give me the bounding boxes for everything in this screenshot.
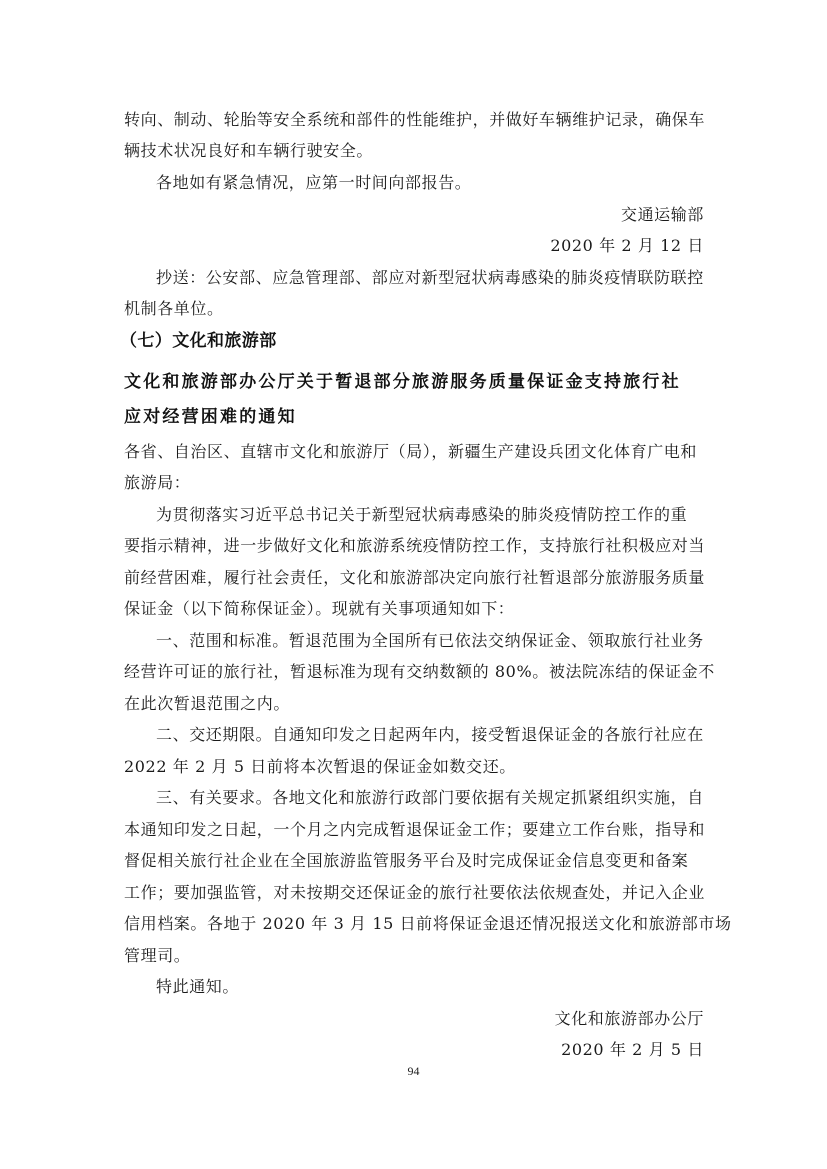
- cc-text-line: 抄送：公安部、应急管理部、部应对新型冠状病毒感染的肺炎疫情联防联控: [156, 268, 704, 288]
- body-text-line: 转向、制动、轮胎等安全系统和部件的性能维护，并做好车辆维护记录，确保车: [124, 110, 704, 130]
- intro-paragraph-line: 前经营困难，履行社会责任，文化和旅游部决定向旅行社暂退部分旅游服务质量: [124, 568, 704, 588]
- intro-paragraph-line: 为贯彻落实习近平总书记关于新型冠状病毒感染的肺炎疫情防控工作的重: [156, 505, 704, 525]
- notice-closing: 特此通知。: [156, 977, 704, 997]
- closing-remark: 各地如有紧急情况，应第一时间向部报告。: [156, 173, 704, 193]
- signature-ministry-of-transport: 交通运输部: [124, 205, 704, 225]
- signature-ministry-of-culture-tourism: 文化和旅游部办公厅: [124, 1009, 704, 1029]
- addressee-line: 各省、自治区、直辖市文化和旅游厅（局），新疆生产建设兵团文化体育广电和: [124, 442, 704, 462]
- document-page: 转向、制动、轮胎等安全系统和部件的性能维护，并做好车辆维护记录，确保车 辆技术状…: [0, 0, 827, 1169]
- item-3-line: 信用档案。各地于 2020 年 3 月 15 日前将保证金退还情况报送文化和旅游…: [124, 914, 704, 934]
- item-2-line: 2022 年 2 月 5 日前将本次暂退的保证金如数交还。: [124, 757, 704, 777]
- intro-paragraph-line: 要指示精神，进一步做好文化和旅游系统疫情防控工作，支持旅行社积极应对当: [124, 536, 704, 556]
- notice-title-line: 应对经营困难的通知: [124, 407, 704, 427]
- item-3-line: 工作；要加强监管，对未按期交还保证金的旅行社要依法依规查处，并记入企业: [124, 883, 704, 903]
- cc-text-line: 机制各单位。: [124, 299, 704, 319]
- page-number: 94: [0, 1064, 827, 1079]
- item-1-line: 一、范围和标准。暂退范围为全国所有已依法交纳保证金、领取旅行社业务: [156, 631, 704, 651]
- section-heading: （七）文化和旅游部: [120, 331, 700, 351]
- notice-date: 2020 年 2 月 5 日: [124, 1040, 704, 1060]
- intro-paragraph-line: 保证金（以下简称保证金）。现就有关事项通知如下：: [124, 599, 704, 619]
- body-text-line: 辆技术状况良好和车辆行驶安全。: [124, 141, 704, 161]
- item-3-line: 三、有关要求。各地文化和旅游行政部门要依据有关规定抓紧组织实施，自: [156, 788, 704, 808]
- item-3-line: 督促相关旅行社企业在全国旅游监管服务平台及时完成保证金信息变更和备案: [124, 851, 704, 871]
- item-3-line: 本通知印发之日起，一个月之内完成暂退保证金工作；要建立工作台账，指导和: [124, 820, 704, 840]
- item-1-line: 经营许可证的旅行社，暂退标准为现有交纳数额的 80%。被法院冻结的保证金不: [124, 662, 704, 682]
- item-1-line: 在此次暂退范围之内。: [124, 694, 704, 714]
- signature-date: 2020 年 2 月 12 日: [124, 236, 704, 256]
- addressee-line: 旅游局：: [124, 473, 704, 493]
- item-2-line: 二、交还期限。自通知印发之日起两年内，接受暂退保证金的各旅行社应在: [156, 725, 704, 745]
- notice-title-line: 文化和旅游部办公厅关于暂退部分旅游服务质量保证金支持旅行社: [124, 372, 704, 392]
- item-3-line: 管理司。: [124, 946, 704, 966]
